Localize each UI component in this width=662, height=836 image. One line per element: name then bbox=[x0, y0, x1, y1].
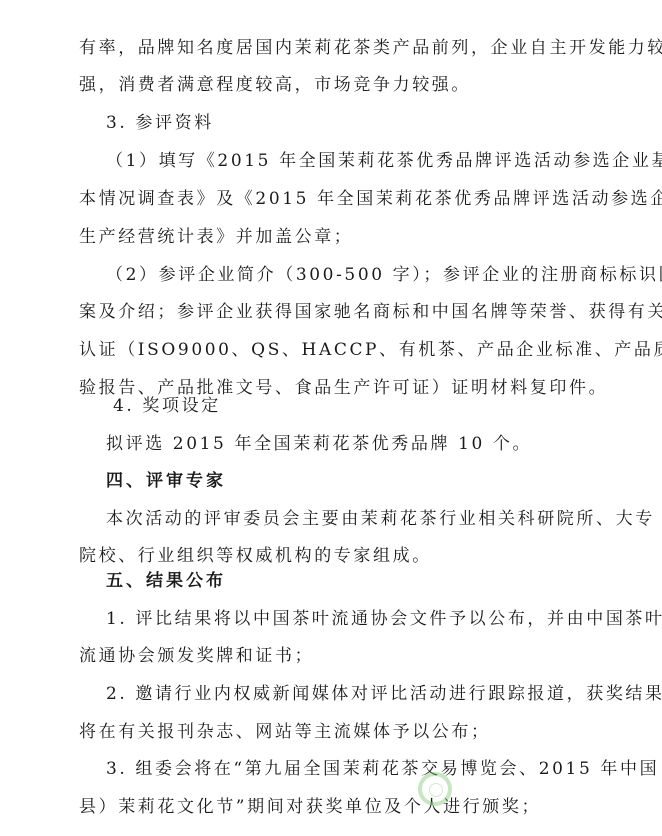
subsection-heading-materials: 3. 参评资料 bbox=[106, 112, 616, 134]
paragraph-line: 县）茉莉花文化节”期间对获奖单位及个人进行颁奖； bbox=[79, 796, 589, 818]
paragraph-line: 拟评选 2015 年全国茉莉花茶优秀品牌 10 个。 bbox=[106, 433, 616, 455]
watermark-inner-ring bbox=[429, 783, 443, 797]
paragraph-line: 3. 组委会将在“第九届全国茉莉花茶交易博览会、2015 年中国（横 bbox=[106, 758, 616, 780]
paragraph-line: 生产经营统计表》并加盖公章； bbox=[79, 226, 589, 248]
paragraph-line: 院校、行业组织等权威机构的专家组成。 bbox=[79, 545, 589, 567]
paragraph-line: 强，消费者满意程度较高，市场竞争力较强。 bbox=[79, 74, 589, 96]
document-page: 有率，品牌知名度居国内茉莉花茶类产品前列，企业自主开发能力较 强，消费者满意程度… bbox=[0, 0, 662, 836]
paragraph-line: 有率，品牌知名度居国内茉莉花茶类产品前列，企业自主开发能力较 bbox=[79, 37, 589, 59]
paragraph-line: 本次活动的评审委员会主要由茉莉花茶行业相关科研院所、大专 bbox=[106, 508, 616, 530]
section-heading-results: 五、结果公布 bbox=[106, 570, 616, 592]
section-heading-experts: 四、评审专家 bbox=[106, 470, 616, 492]
green-circle-watermark-icon bbox=[418, 772, 452, 806]
paragraph-line: 1. 评比结果将以中国茶叶流通协会文件予以公布，并由中国茶叶 bbox=[106, 608, 616, 630]
paragraph-line: 流通协会颁发奖牌和证书； bbox=[79, 645, 589, 667]
paragraph-line: （2）参评企业简介（300-500 字）；参评企业的注册商标标识图 bbox=[106, 264, 616, 286]
paragraph-line: 认证（ISO9000、QS、HACCP、有机茶、产品企业标准、产品质量检 bbox=[79, 339, 589, 361]
paragraph-line: 将在有关报刊杂志、网站等主流媒体予以公布； bbox=[79, 721, 589, 743]
paragraph-line: 2. 邀请行业内权威新闻媒体对评比活动进行跟踪报道，获奖结果 bbox=[106, 683, 616, 705]
subsection-heading-awards: 4. 奖项设定 bbox=[113, 395, 623, 417]
paragraph-line: 案及介绍；参评企业获得国家驰名商标和中国名牌等荣誉、获得有关 bbox=[79, 301, 589, 323]
paragraph-line: （1）填写《2015 年全国茉莉花茶优秀品牌评选活动参选企业基 bbox=[106, 150, 616, 172]
paragraph-line: 本情况调查表》及《2015 年全国茉莉花茶优秀品牌评选活动参选企业 bbox=[79, 188, 589, 210]
